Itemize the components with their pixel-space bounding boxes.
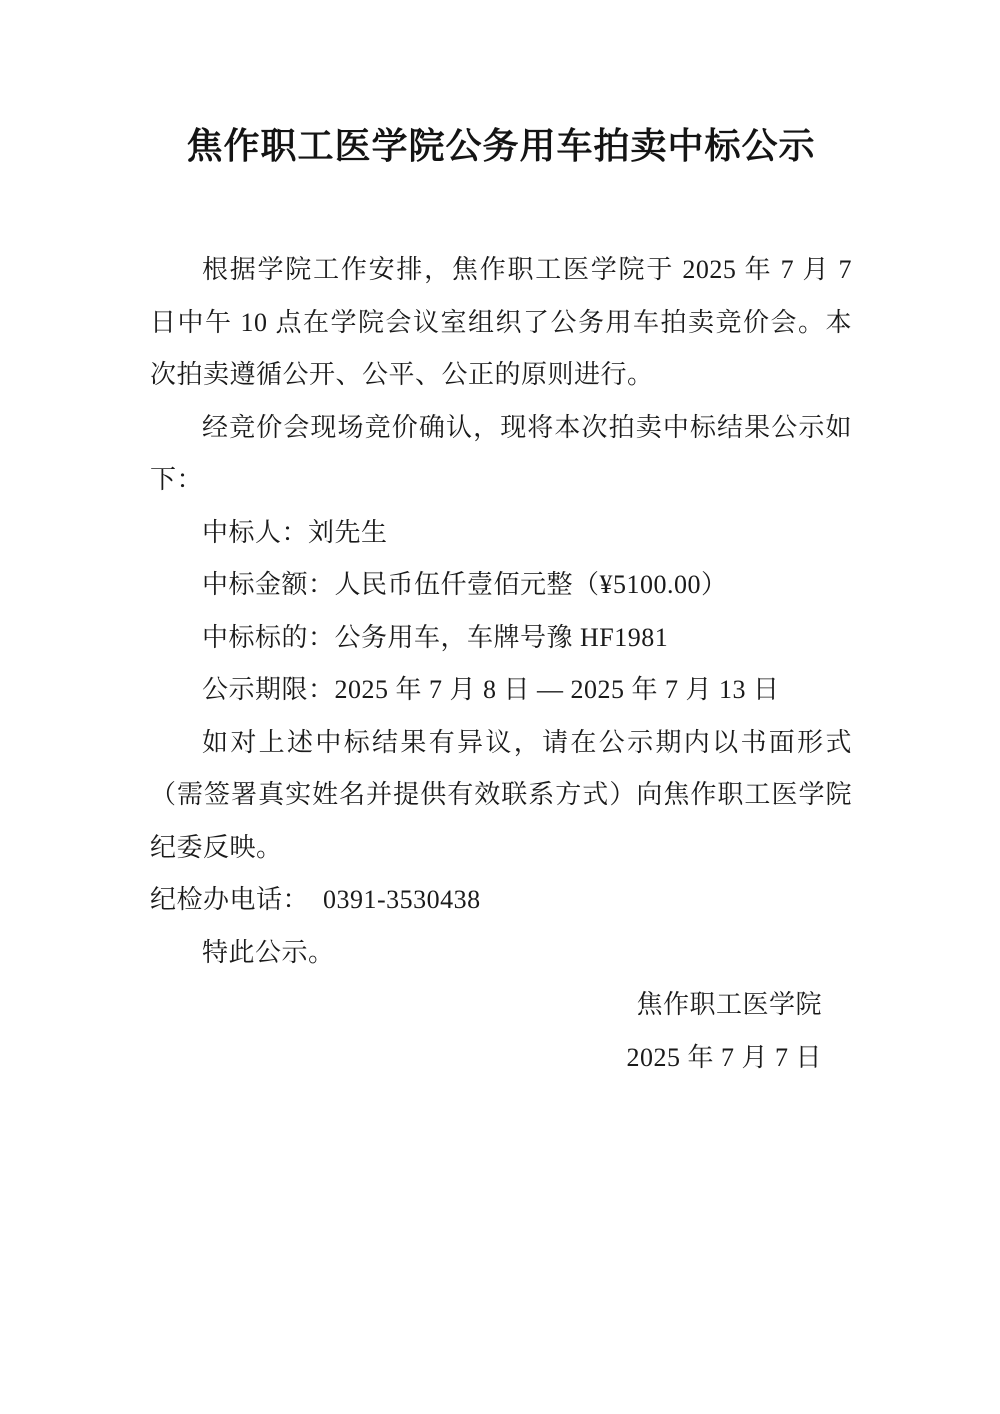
line-subject: 中标标的：公务用车，车牌号豫 HF1981 xyxy=(150,612,852,665)
line-amount: 中标金额：人民币伍仟壹佰元整（¥5100.00） xyxy=(150,559,852,612)
line-closing: 特此公示。 xyxy=(150,927,852,980)
paragraph-intro: 根据学院工作安排，焦作职工医学院于 2025 年 7 月 7 日中午 10 点在… xyxy=(150,244,852,402)
paragraph-result-intro: 经竞价会现场竞价确认，现将本次拍卖中标结果公示如下： xyxy=(150,402,852,507)
signature-block: 焦作职工医学院 2025 年 7 月 7 日 xyxy=(150,979,852,1084)
signature-name: 焦作职工医学院 xyxy=(150,979,822,1032)
document-body: 根据学院工作安排，焦作职工医学院于 2025 年 7 月 7 日中午 10 点在… xyxy=(150,244,852,1084)
line-notice-period: 公示期限：2025 年 7 月 8 日 — 2025 年 7 月 13 日 xyxy=(150,664,852,717)
paragraph-objection: 如对上述中标结果有异议，请在公示期内以书面形式（需签署真实姓名并提供有效联系方式… xyxy=(150,717,852,875)
line-winner: 中标人：刘先生 xyxy=(150,507,852,560)
signature-date: 2025 年 7 月 7 日 xyxy=(150,1032,822,1085)
document-title: 焦作职工医学院公务用车拍卖中标公示 xyxy=(150,124,852,168)
line-phone: 纪检办电话： 0391-3530438 xyxy=(150,874,852,927)
document-page: 焦作职工医学院公务用车拍卖中标公示 根据学院工作安排，焦作职工医学院于 2025… xyxy=(0,0,1000,1414)
